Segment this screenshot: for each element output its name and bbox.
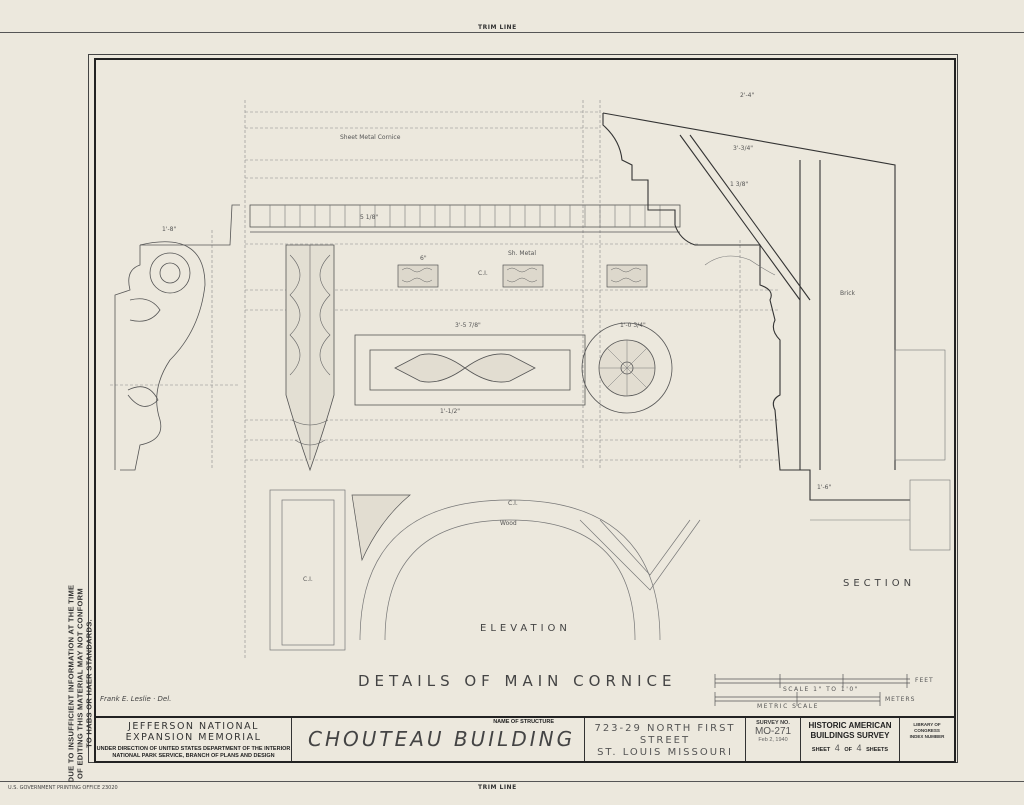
title-block-sponsor: JEFFERSON NATIONAL EXPANSION MEMORIAL UN… [96, 718, 292, 761]
survey-no: MO-271 [746, 726, 800, 737]
library-line2: INDEX NUMBER [900, 734, 954, 740]
trim-line-top-label: TRIM LINE [478, 24, 517, 31]
title-block-library: LIBRARY OF CONGRESS INDEX NUMBER [900, 718, 954, 761]
sponsor-name: JEFFERSON NATIONAL EXPANSION MEMORIAL [96, 721, 291, 743]
view-title-section: SECTION [843, 578, 915, 589]
sheet-count: SHEET 4 OF 4 SHEETS [801, 743, 899, 753]
sheet-number: 4 [835, 743, 840, 753]
program-line1: HISTORIC AMERICAN [801, 721, 899, 731]
survey-date: Feb 2, 1940 [746, 737, 800, 743]
dimension-3-5-7-8: 3'-5 7/8" [455, 322, 481, 329]
library-index: LIBRARY OF CONGRESS INDEX NUMBER [900, 722, 954, 740]
scale-imperial-label: SCALE 1" TO 1'0" [783, 686, 859, 693]
under-direction: UNDER DIRECTION OF UNITED STATES DEPARTM… [96, 746, 291, 760]
sheet-total: 4 [857, 743, 862, 753]
delineator-signature: Frank E. Leslie · Del. [100, 695, 171, 703]
program-line2: BUILDINGS SURVEY [801, 731, 899, 741]
dimension-1-0-3-4: 1'-0 3/4" [620, 322, 646, 329]
program-name: HISTORIC AMERICAN BUILDINGS SURVEY [801, 721, 899, 741]
dimension-1-3-8: 1 3/8" [730, 181, 748, 188]
habs-standards-note: DUE TO INSUFFICIENT INFORMATION AT THE T… [67, 584, 94, 784]
label-wood: Wood [500, 520, 517, 527]
under-direction-line1: UNDER DIRECTION OF UNITED STATES DEPARTM… [96, 746, 291, 753]
dimension-1-6: 1'-6" [817, 484, 831, 491]
cornice-drawing [96, 60, 952, 714]
under-direction-line2: NATIONAL PARK SERVICE, BRANCH OF PLANS A… [96, 753, 291, 760]
trim-line-top [0, 32, 1024, 33]
library-line1: LIBRARY OF CONGRESS [900, 722, 954, 734]
address-line1: 723-29 NORTH FIRST STREET [585, 723, 745, 747]
label-cast-iron-1: C.I. [478, 270, 488, 277]
drawing-title: DETAILS OF MAIN CORNICE [358, 672, 676, 690]
dimension-2-4: 2'-4" [740, 92, 754, 99]
label-brick: Brick [840, 290, 855, 297]
title-block-structure: NAME OF STRUCTURE CHOUTEAU BUILDING [292, 718, 585, 761]
dimension-1-1-2: 1'-1/2" [440, 408, 460, 415]
name-of-structure-label: NAME OF STRUCTURE [493, 719, 554, 725]
dimension-3-3-4: 3'-3/4" [733, 145, 753, 152]
scale-metric-label: METRIC SCALE [757, 703, 819, 710]
title-block: JEFFERSON NATIONAL EXPANSION MEMORIAL UN… [94, 716, 956, 763]
label-cast-iron-2: C.I. [303, 576, 313, 583]
dimension-6: 6" [420, 255, 427, 262]
title-block-address: 723-29 NORTH FIRST STREET ST. LOUIS MISS… [585, 718, 746, 761]
structure-name: CHOUTEAU BUILDING [308, 727, 575, 751]
view-title-elevation: ELEVATION [480, 623, 571, 634]
dimension-5-1-8: 5 1/8" [360, 214, 378, 221]
of-label: OF [844, 747, 852, 753]
printing-office-note: U.S. GOVERNMENT PRINTING OFFICE 23020 [8, 785, 118, 791]
sheet-label: SHEET [812, 747, 830, 753]
sheets-label: SHEETS [866, 747, 888, 753]
label-sheet-metal: Sh. Metal [508, 250, 536, 257]
title-block-program: HISTORIC AMERICAN BUILDINGS SURVEY SHEET… [801, 718, 900, 761]
scale-imperial-unit: FEET [915, 677, 934, 684]
title-block-survey: SURVEY NO. MO-271 Feb 2, 1940 [746, 718, 801, 761]
scale-metric-unit: METERS [885, 696, 915, 703]
address-line2: ST. LOUIS MISSOURI [585, 747, 745, 759]
address: 723-29 NORTH FIRST STREET ST. LOUIS MISS… [585, 723, 745, 759]
dimension-1-8: 1'-8" [162, 226, 176, 233]
label-sheet-metal-cornice: Sheet Metal Cornice [340, 134, 400, 141]
label-cast-iron-3: C.I. [508, 500, 518, 507]
trim-line-bottom-label: TRIM LINE [478, 784, 517, 791]
trim-line-bottom [0, 781, 1024, 782]
